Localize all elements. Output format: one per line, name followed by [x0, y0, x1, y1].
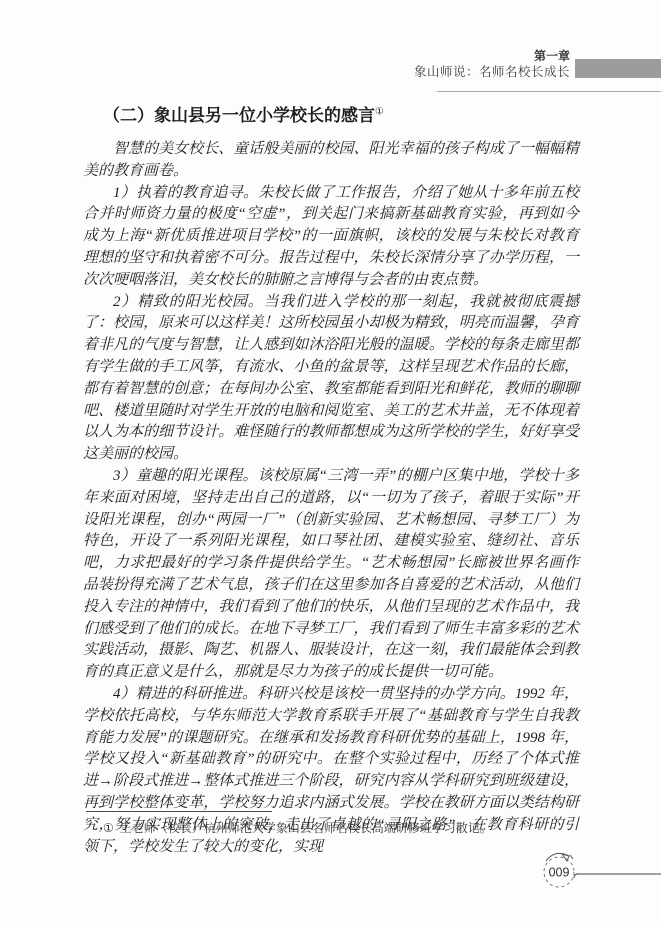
body-text-block: 智慧的美女校长、童话般美丽的校园、阳光幸福的孩子构成了一幅幅精美的教育画卷。 1… [83, 139, 579, 858]
footnote: ①王老师（校长）杭州师范大学象山县名师名校长高端研修班学习散记。 [103, 820, 578, 836]
footnote-reference-mark: ① [375, 106, 384, 117]
footnote-text: 王老师（校长）杭州师范大学象山县名师名校长高端研修班学习散记。 [120, 821, 492, 835]
footnote-divider-line [86, 811, 272, 812]
footnote-marker: ① [103, 821, 114, 835]
page-number-ornament: 009 [540, 850, 661, 900]
section-title: （二）象山县另一位小学校长的感言① [103, 101, 384, 126]
book-page: 第一章 象山师说：名师名校长成长 （二）象山县另一位小学校长的感言① 智慧的美女… [0, 0, 661, 925]
header-series-title: 象山师说：名师名校长成长 [414, 65, 570, 80]
header-decorative-bar [575, 59, 661, 78]
header-divider-line [437, 91, 661, 92]
paragraph-3-sunny-curriculum: 3）童趣的阳光课程。该校原属“三湾一弄”的棚户区集中地，学校十多年来面对困境，坚… [83, 466, 579, 684]
page-number: 009 [549, 866, 570, 880]
header-chapter-label: 第一章 [534, 49, 570, 63]
section-title-text: （二）象山县另一位小学校长的感言 [103, 106, 375, 125]
paragraph-1-education-pursuit: 1）执着的教育追寻。朱校长做了工作报告，介绍了她从十多年前五校合并时师资力量的极… [83, 183, 579, 292]
paragraph-intro: 智慧的美女校长、童话般美丽的校园、阳光幸福的孩子构成了一幅幅精美的教育画卷。 [83, 139, 579, 183]
paragraph-2-sunny-campus: 2）精致的阳光校园。当我们进入学校的那一刻起，我就被彻底震撼了：校园，原来可以这… [83, 292, 579, 466]
page-tab-hook [574, 874, 578, 878]
